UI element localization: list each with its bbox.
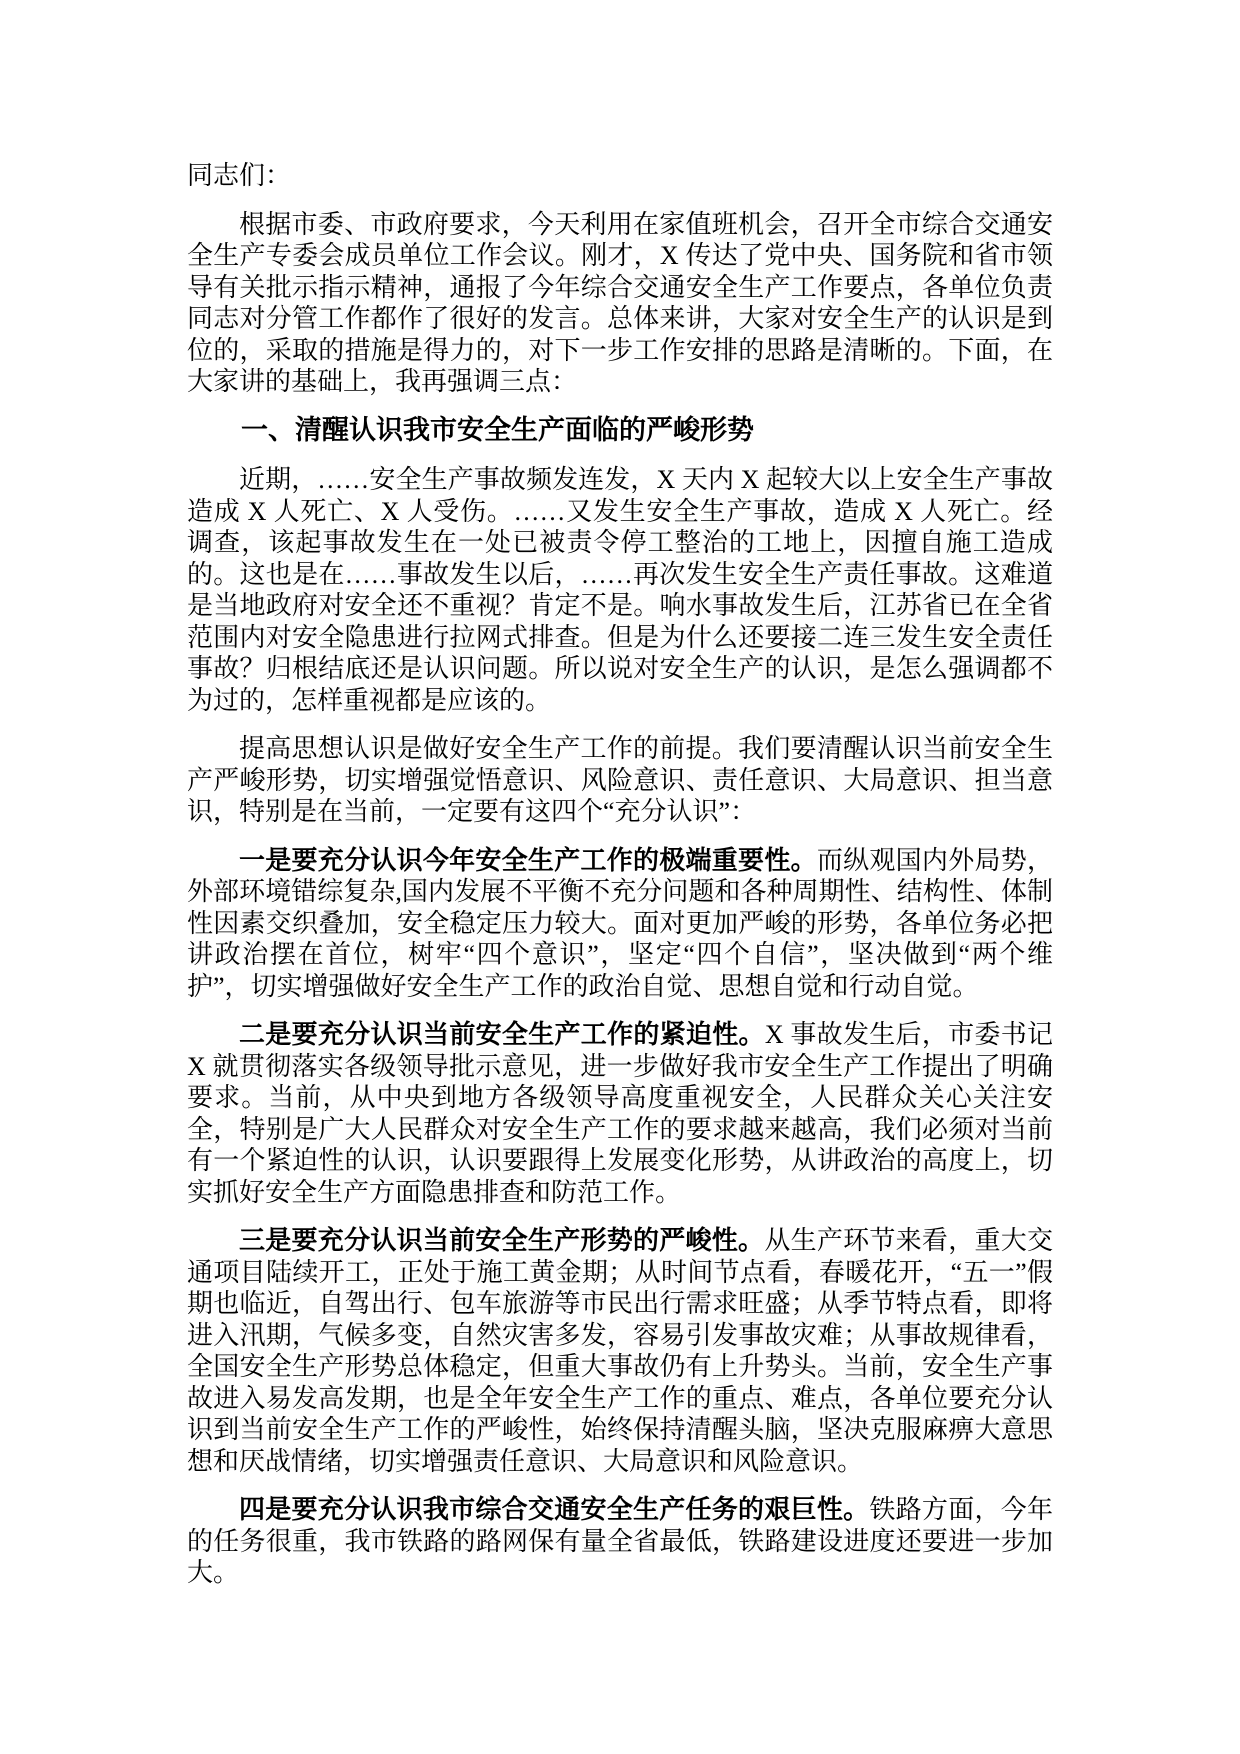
point-2-lead: 二是要充分认识当前安全生产工作的紧迫性。 [239, 1019, 765, 1049]
point-4-lead: 四是要充分认识我市综合交通安全生产任务的艰巨性。 [239, 1494, 869, 1524]
point-1-lead: 一是要充分认识今年安全生产工作的极端重要性。 [239, 845, 817, 875]
point-paragraph-1: 一是要充分认识今年安全生产工作的极端重要性。而纵观国内外局势，外部环境错综复杂,… [187, 845, 1053, 1003]
point-3-lead: 三是要充分认识当前安全生产形势的严峻性。 [239, 1225, 764, 1255]
document-page: 同志们： 根据市委、市政府要求，今天利用在家值班机会，召开全市综合交通安全生产专… [0, 0, 1240, 1754]
point-paragraph-2: 二是要充分认识当前安全生产工作的紧迫性。X 事故发生后，市委书记 X 就贯彻落实… [187, 1019, 1053, 1208]
section-heading-1: 一、清醒认识我市安全生产面临的严峻形势 [187, 415, 1053, 447]
awareness-paragraph: 提高思想认识是做好安全生产工作的前提。我们要清醒认识当前安全生产严峻形势，切实增… [187, 733, 1053, 828]
point-paragraph-4: 四是要充分认识我市综合交通安全生产任务的艰巨性。铁路方面，今年的任务很重，我市铁… [187, 1494, 1053, 1589]
point-paragraph-3: 三是要充分认识当前安全生产形势的严峻性。从生产环节来看，重大交通项目陆续开工，正… [187, 1225, 1053, 1477]
intro-paragraph: 根据市委、市政府要求，今天利用在家值班机会，召开全市综合交通安全生产专委会成员单… [187, 209, 1053, 398]
salutation: 同志们： [187, 160, 1053, 192]
point-3-text: 从生产环节来看，重大交通项目陆续开工，正处于施工黄金期；从时间节点看，春暖花开，… [187, 1226, 1053, 1476]
incidents-paragraph: 近期，……安全生产事故频发连发，X 天内 X 起较大以上安全生产事故造成 X 人… [187, 464, 1053, 716]
